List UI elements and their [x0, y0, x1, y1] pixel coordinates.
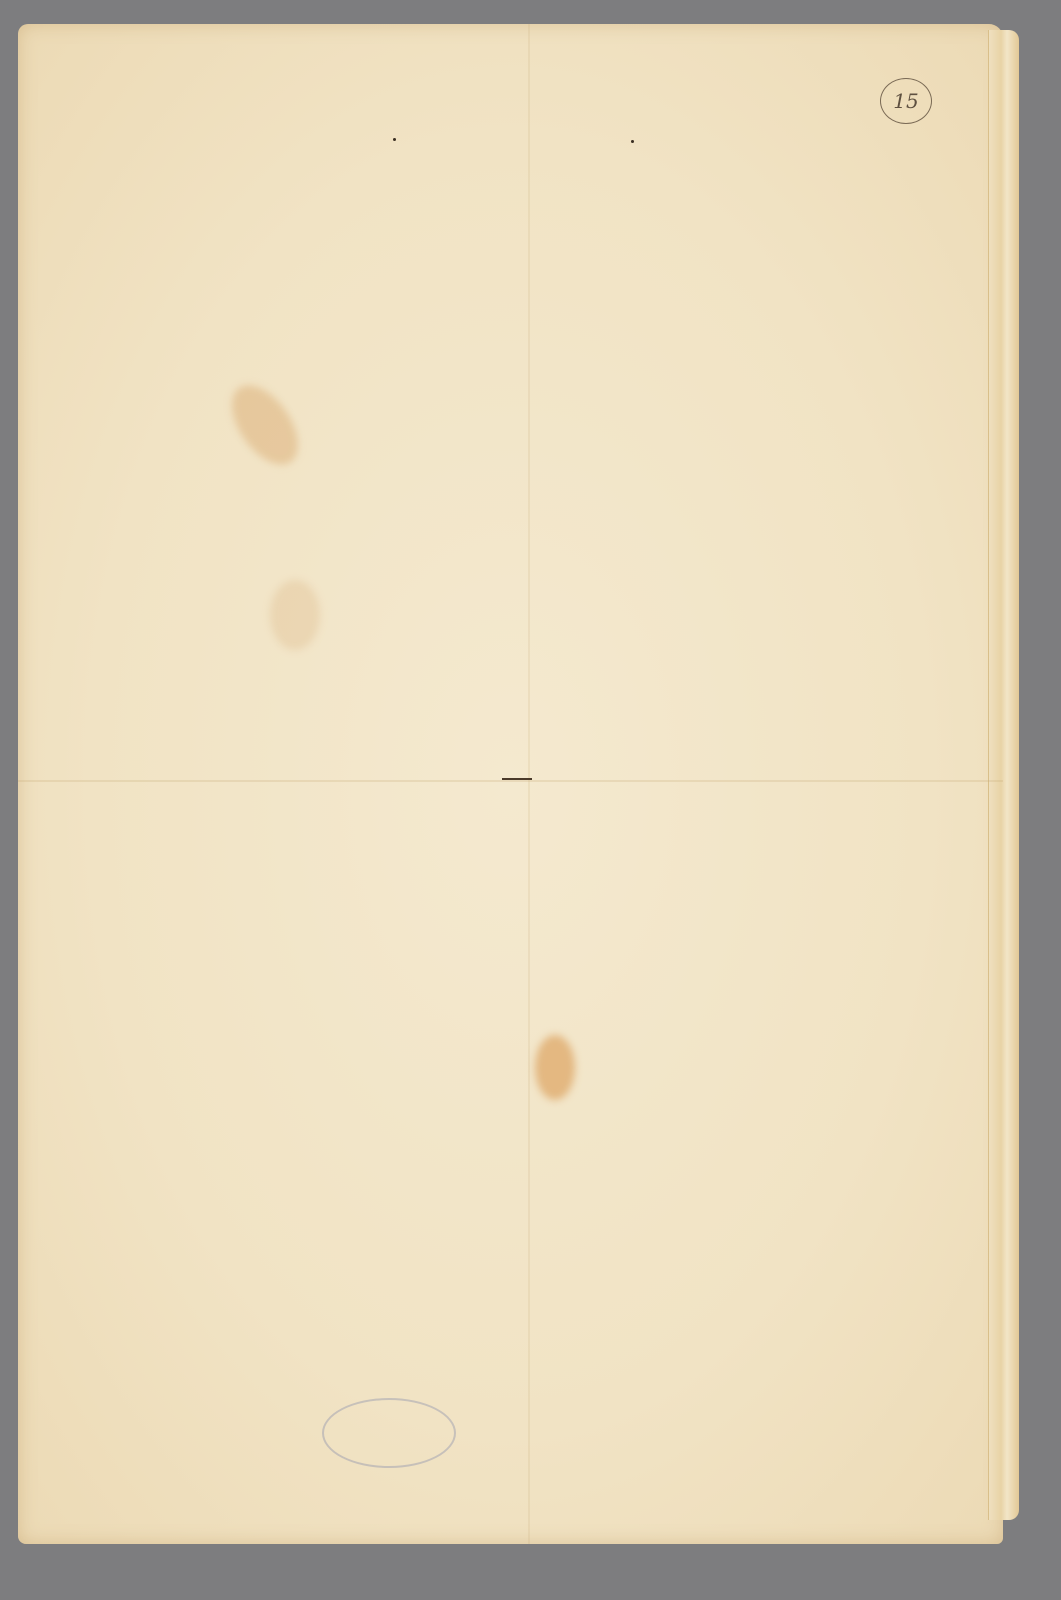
page-edge-layers: [988, 30, 1019, 1520]
foxing-stain: [270, 580, 320, 650]
ink-speck: [393, 138, 396, 141]
horizontal-fold-line: [18, 780, 1003, 782]
fold-tear: [502, 778, 532, 780]
manuscript-page: [18, 24, 1003, 1544]
vertical-fold-line: [528, 24, 530, 1544]
folio-number: 15: [880, 78, 932, 124]
ink-speck: [631, 140, 634, 143]
library-stamp: [322, 1398, 456, 1468]
water-stain: [535, 1035, 575, 1100]
